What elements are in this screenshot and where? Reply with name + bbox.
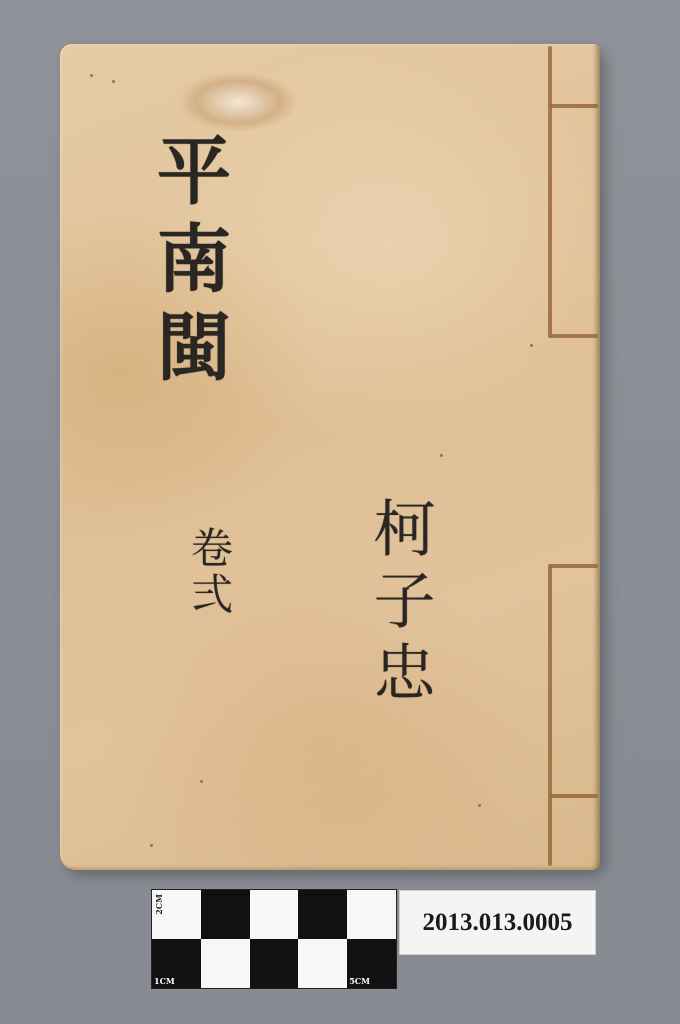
scale-bar: 2CM 1CM 5CM	[151, 889, 397, 989]
book-cover: 平南閩 卷弍 柯子忠	[60, 44, 600, 870]
book-title: 平南閩	[148, 132, 228, 396]
scale-label-1cm: 1CM	[154, 976, 175, 986]
scale-label-5cm: 5CM	[349, 976, 370, 986]
binding-line	[550, 334, 598, 338]
scale-cell	[298, 939, 347, 988]
scale-cell	[250, 890, 299, 939]
scale-cell	[201, 890, 250, 939]
paper-speck	[478, 804, 481, 807]
paper-speck	[440, 454, 443, 457]
scale-cell: 2CM	[152, 890, 201, 939]
paper-speck	[530, 344, 533, 347]
owner-name: 柯子忠	[366, 496, 432, 712]
binding-line	[548, 564, 552, 866]
binding-line	[550, 104, 598, 108]
scale-cell	[201, 939, 250, 988]
paper-speck	[150, 844, 153, 847]
accession-number-label: 2013.013.0005	[399, 890, 596, 955]
scale-label-2cm: 2CM	[154, 894, 164, 915]
binding-line	[550, 794, 598, 798]
binding-line	[550, 564, 598, 568]
scale-cell	[347, 890, 396, 939]
paper-speck	[200, 780, 203, 783]
scale-cell	[250, 939, 299, 988]
scale-cell: 5CM	[347, 939, 396, 988]
spine-edge	[592, 44, 600, 870]
volume-number: 卷弍	[186, 526, 232, 618]
paper-speck	[112, 80, 115, 83]
paper-speck	[90, 74, 93, 77]
scale-cell: 1CM	[152, 939, 201, 988]
scale-cell	[298, 890, 347, 939]
binding-line	[548, 46, 552, 338]
